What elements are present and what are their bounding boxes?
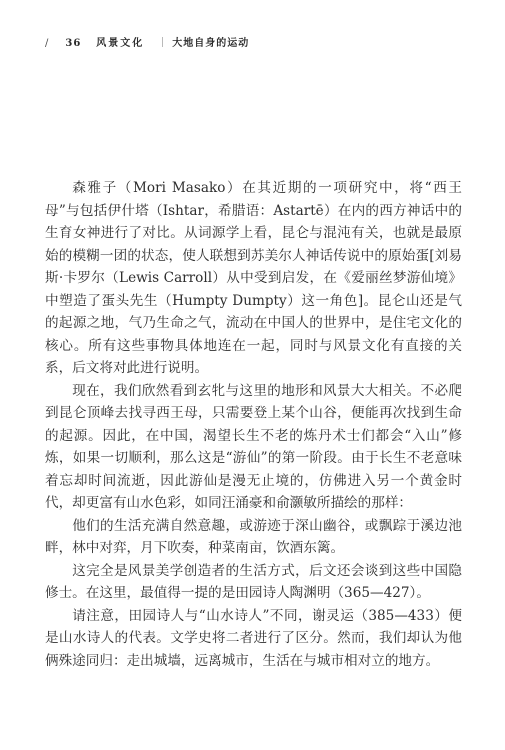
book-title: 风景文化 [96, 38, 144, 50]
header-slash: / [45, 38, 48, 50]
page-header: / 36 风景文化 ｜ 大地自身的运动 [45, 38, 460, 50]
chapter-title: 大地自身的运动 [172, 38, 249, 50]
page-body: 森雅子（Mori Masako）在其近期的一项研究中，将“西王母”与包括伊什塔（… [45, 177, 462, 672]
paragraph-2: 现在，我们欣然看到玄牝与这里的地形和风景大大相关。不必爬到昆仑顶峰去找寻西王母，… [45, 380, 462, 515]
header-divider-bar: ｜ [157, 38, 167, 50]
paragraph-5: 请注意，田园诗人与“山水诗人”不同，谢灵运（385—433）便是山水诗人的代表。… [45, 605, 462, 673]
paragraph-3: 他们的生活充满自然意趣，或游迹于深山幽谷，或飘踪于溪边池畔，林中对弈，月下吹奏，… [45, 515, 462, 560]
paragraph-4: 这完全是风景美学创造者的生活方式，后文还会谈到这些中国隐修士。在这里，最值得一提… [45, 560, 462, 605]
book-page: / 36 风景文化 ｜ 大地自身的运动 森雅子（Mori Masako）在其近期… [0, 0, 505, 750]
paragraph-1: 森雅子（Mori Masako）在其近期的一项研究中，将“西王母”与包括伊什塔（… [45, 177, 462, 380]
page-number: 36 [65, 38, 81, 50]
